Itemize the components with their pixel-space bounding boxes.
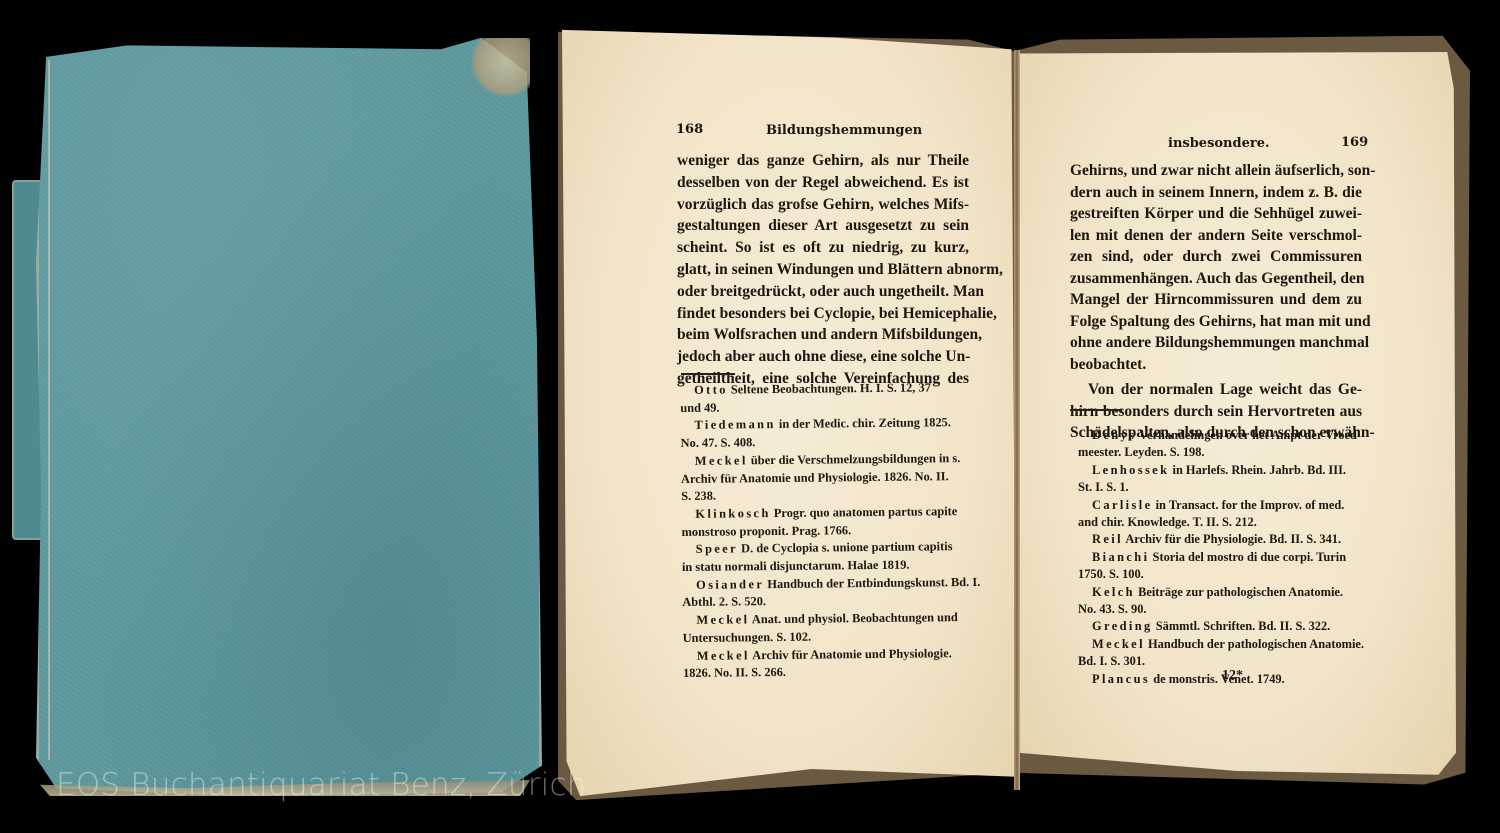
text-line: beim Wolfsrachen und andern Mifsbildunge…: [677, 324, 969, 346]
footnote-author: Denys: [1092, 428, 1136, 442]
text-line: dern auch in seinem Innern, indem z. B. …: [1070, 182, 1362, 204]
footnote-text: Seltene Beobachtungen. H. I. S. 12, 37: [731, 380, 931, 396]
footnote-author: Lenhossek: [1092, 463, 1169, 477]
footnote: Greding Sämmtl. Schriften. Bd. II. S. 32…: [1078, 618, 1368, 635]
text-line: beobachtet.: [1070, 354, 1362, 376]
footnote-text: 1826. No. II. S. 266.: [683, 662, 979, 683]
footnote: Denys Verhandelingen over het Ampt der V…: [1078, 427, 1368, 462]
footnote: Otto Seltene Beobachtungen. H. I. S. 12,…: [680, 379, 976, 418]
footnote: Meckel Handbuch der pathologischen Anato…: [1078, 636, 1368, 671]
text-line: Folge Spaltung des Gehirns, hat man mit …: [1070, 311, 1362, 333]
footnote-rule: [681, 373, 735, 375]
footnote-author: Osiander: [696, 577, 764, 592]
right-running-head: insbesondere.: [1168, 136, 1270, 151]
footnote-text: de monstris. Venet. 1749.: [1153, 672, 1284, 686]
footnote-text: Sämmtl. Schriften. Bd. II. S. 322.: [1156, 619, 1331, 633]
footnote-author: Reil: [1092, 532, 1123, 546]
footnote: Osiander Handbuch der Entbindungskunst. …: [682, 574, 978, 613]
footnote-text: in Harlefs. Rhein. Jahrb. Bd. III.: [1173, 463, 1347, 477]
footnote-author: Tiedemann: [694, 417, 775, 432]
footnote: Tiedemann in der Medic. chir. Zeitung 18…: [680, 414, 976, 453]
footnote-text: Verhandelingen over het Ampt der Vroed: [1139, 428, 1357, 442]
footnote-text: in Transact. for the Improv. of med.: [1156, 498, 1345, 512]
footnote-text: Archiv für Anatomie und Physiologie.: [752, 646, 952, 662]
footnote: Bianchi Storia del mostro di due corpi. …: [1078, 549, 1368, 584]
text-line: glatt, in seinen Windungen und Blättern …: [677, 259, 969, 281]
left-running-head: Bildungshemmungen: [766, 123, 922, 138]
footnote-text: No. 43. S. 90.: [1078, 601, 1368, 618]
text-line: ohne andere Bildungshemmungen manchmal: [1070, 332, 1362, 354]
footnote-author: Carlisle: [1092, 498, 1153, 512]
text-line: findet besonders bei Cyclopie, bei Hemic…: [677, 303, 969, 325]
footnote-text: Progr. quo anatomen partus capite: [774, 504, 958, 520]
footnote-author: Plancus: [1092, 672, 1150, 686]
footnote-text: Handbuch der pathologischen Anatomie.: [1148, 637, 1364, 651]
right-body-text: Gehirns, und zwar nicht allein äufserlic…: [1070, 160, 1362, 444]
footnote: Meckel Archiv für Anatomie und Physiolog…: [683, 644, 979, 683]
left-footnotes: Otto Seltene Beobachtungen. H. I. S. 12,…: [680, 379, 979, 683]
cover-fold-line: [48, 60, 50, 760]
text-line: Von der normalen Lage weicht das Ge-: [1070, 379, 1362, 401]
text-line: oder breitgedrückt, oder auch ungetheilt…: [677, 281, 969, 303]
footnote-author: Klinkosch: [695, 506, 770, 521]
footnote: Kelch Beiträge zur pathologischen Anatom…: [1078, 584, 1368, 619]
text-line: scheint. So ist es oft zu niedrig, zu ku…: [677, 237, 969, 259]
footnote-author: Meckel: [697, 648, 750, 663]
footnote-text: Anat. und physiol. Beobachtungen und: [752, 610, 958, 626]
footnote-author: Meckel: [696, 612, 749, 627]
text-line: vorzüglich das grofse Gehirn, welches Mi…: [677, 194, 969, 216]
footnote-text: and chir. Knowledge. T. II. S. 212.: [1078, 514, 1368, 531]
footnote-author: Greding: [1092, 619, 1153, 633]
footnote-text: Storia del mostro di due corpi. Turin: [1153, 550, 1347, 564]
footnote-text: 1750. S. 100.: [1078, 566, 1368, 583]
text-line: Mangel der Hirncommissuren und dem zu: [1070, 289, 1362, 311]
text-line: Gehirns, und zwar nicht allein äufserlic…: [1070, 160, 1362, 182]
signature-mark: 12*: [1222, 668, 1243, 684]
right-page-number: 169: [1341, 135, 1368, 150]
footnote-author: Meckel: [695, 453, 748, 468]
book-gutter: [1014, 50, 1020, 790]
footnote-text: in der Medic. chir. Zeitung 1825.: [779, 416, 951, 432]
footnote-author: Otto: [694, 383, 728, 397]
footnote-author: Bianchi: [1092, 550, 1149, 564]
footnote-author: Meckel: [1092, 637, 1145, 651]
footnote-text: St. I. S. 1.: [1078, 479, 1368, 496]
text-line: zen sind, oder durch zwei Commissuren: [1070, 246, 1362, 268]
book-cover: [36, 34, 542, 796]
footnote-text: D. de Cyclopia s. unione partium capitis: [741, 539, 952, 555]
left-page-number: 168: [676, 122, 703, 137]
footnote: Lenhossek in Harlefs. Rhein. Jahrb. Bd. …: [1078, 462, 1368, 497]
footnote: Meckel Anat. und physiol. Beobachtungen …: [682, 609, 978, 648]
footnote-author: Speer: [696, 542, 738, 556]
footnote: Carlisle in Transact. for the Improv. of…: [1078, 497, 1368, 532]
footnote: Klinkosch Progr. quo anatomen partus cap…: [681, 503, 977, 542]
cover-worn-corner: [470, 38, 530, 98]
text-line: desselben von der Regel abweichend. Es i…: [677, 172, 969, 194]
footnote-author: Kelch: [1092, 585, 1135, 599]
footnote-text: über die Verschmelzungsbildungen in s.: [751, 451, 961, 467]
footnote-text: Archiv für die Physiologie. Bd. II. S. 3…: [1125, 532, 1341, 546]
right-footnotes: Denys Verhandelingen over het Ampt der V…: [1078, 427, 1368, 688]
footnote-text: Archiv für Anatomie und Physiologie. 182…: [681, 467, 977, 488]
text-line: gestaltungen dieser Art ausgesetzt zu se…: [677, 215, 969, 237]
footnote-text: Beiträge zur pathologischen Anatomie.: [1138, 585, 1343, 599]
footnote: Speer D. de Cyclopia s. unione partium c…: [682, 538, 978, 577]
text-line: len mit denen der andern Seite verschmol…: [1070, 225, 1362, 247]
footnote-text: Handbuch der Entbindungskunst. Bd. I.: [767, 575, 980, 591]
text-line: zusammenhängen. Auch das Gegentheil, den: [1070, 268, 1362, 290]
text-line: gestreiften Körper und die Sehhügel zuwe…: [1070, 203, 1362, 225]
footnote: Reil Archiv für die Physiologie. Bd. II.…: [1078, 531, 1368, 548]
footnote: Meckel über die Verschmelzungsbildungen …: [681, 450, 978, 506]
watermark-text: EOS Buchantiquariat Benz, Zürich: [56, 767, 587, 803]
text-line: jedoch aber auch ohne diese, eine solche…: [677, 346, 969, 368]
left-body-text: weniger das ganze Gehirn, als nur Theile…: [677, 150, 969, 390]
footnote-rule: [1070, 409, 1122, 411]
text-line: hirn besonders durch sein Hervortreten a…: [1070, 401, 1362, 423]
text-line: weniger das ganze Gehirn, als nur Theile: [677, 150, 969, 172]
footnote-text: meester. Leyden. S. 198.: [1078, 444, 1368, 461]
